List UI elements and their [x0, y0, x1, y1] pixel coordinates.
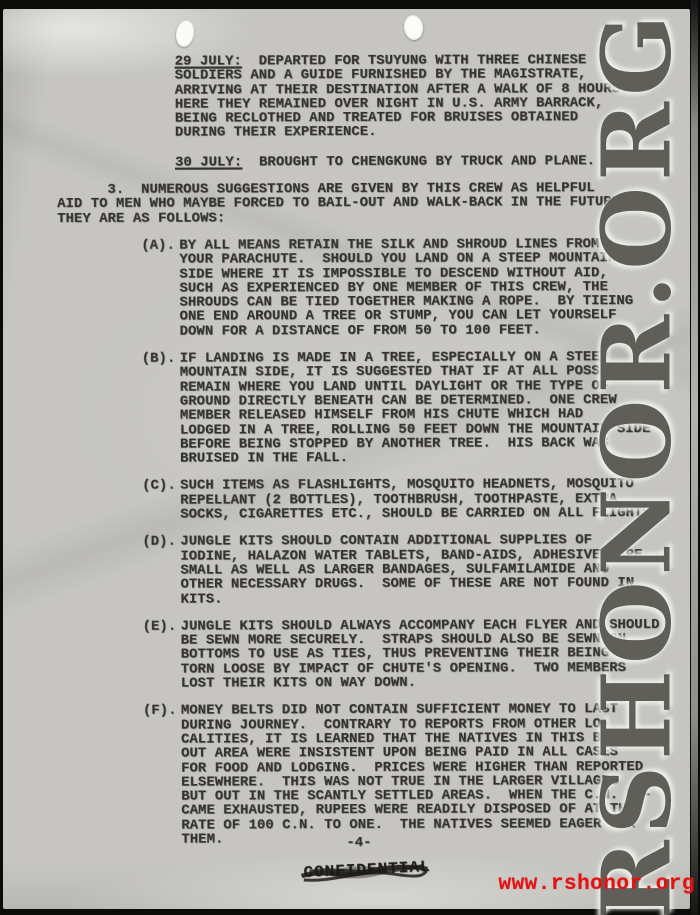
item-letter-label: (B).: [142, 352, 180, 467]
text-line: DOWN FOR A DISTANCE OF FROM 50 TO 100 FE…: [180, 323, 634, 339]
scanned-document: 29 JULY: DEPARTED FOR TSUYUNG WITH THREE…: [0, 0, 700, 915]
text-line: AID TO MEN WHO MAYBE FORCED TO BAIL-OUT …: [57, 195, 620, 211]
item-lines: JUNGLE KITS SHOULD CONTAIN ADDITIONAL SU…: [180, 533, 642, 606]
entry-wrapped-lines: SOLDIERS AND A GUIDE FURNISHED BY THE MA…: [175, 67, 629, 140]
item-letter-label: (F).: [143, 704, 181, 847]
text-line: BRUISED IN THE FALL.: [180, 450, 651, 466]
journal-entry: 30 JULY: BROUGHT TO CHENGKUNG BY TRUCK A…: [175, 154, 629, 170]
item-letter-label: (A).: [141, 239, 179, 339]
item-lines: IF LANDING IS MADE IN A TREE, ESPECIALLY…: [180, 350, 651, 466]
text-line: KITS.: [180, 591, 642, 607]
item-letter-label: (D).: [142, 535, 180, 607]
entry-first-line: 30 JULY: BROUGHT TO CHENGKUNG BY TRUCK A…: [175, 154, 629, 170]
item-lines: BY ALL MEANS RETAIN THE SILK AND SHROUD …: [179, 237, 633, 339]
watermark-url: www.rshonor.org: [498, 872, 695, 898]
entry-date-label: 30 JULY:: [175, 154, 242, 170]
text-line: THEY ARE AS FOLLOWS:: [57, 210, 620, 226]
suggestion-items: (A). BY ALL MEANS RETAIN THE SILK AND SH…: [57, 237, 660, 860]
journal-entry: 29 JULY: DEPARTED FOR TSUYUNG WITH THREE…: [175, 53, 629, 140]
entry-first-text: BROUGHT TO CHENGKUNG BY TRUCK AND PLANE.: [242, 153, 595, 170]
text-line: BEFORE BEING STOPPED BY ANOTHER TREE. HI…: [180, 436, 651, 452]
journal-entries: 29 JULY: DEPARTED FOR TSUYUNG WITH THREE…: [175, 53, 629, 185]
page-number: -4-: [346, 836, 371, 850]
item-letter-label: (C).: [142, 479, 180, 522]
text-line: OTHER NECESSARY DRUGS. SOME OF THESE ARE…: [180, 576, 642, 592]
confidential-stamp-text: CONFIDENTIAL: [303, 858, 431, 882]
watermark-vertical-text: RSHONOR.ORG: [582, 9, 693, 915]
paragraph-3: 3. NUMEROUS SUGGESTIONS ARE GIVEN BY THI…: [57, 181, 620, 226]
item-letter-label: (E).: [143, 619, 181, 691]
confidential-stamp: CONFIDENTIAL: [303, 860, 431, 880]
text-line: DURING THEIR EXPERIENCE.: [175, 125, 629, 141]
